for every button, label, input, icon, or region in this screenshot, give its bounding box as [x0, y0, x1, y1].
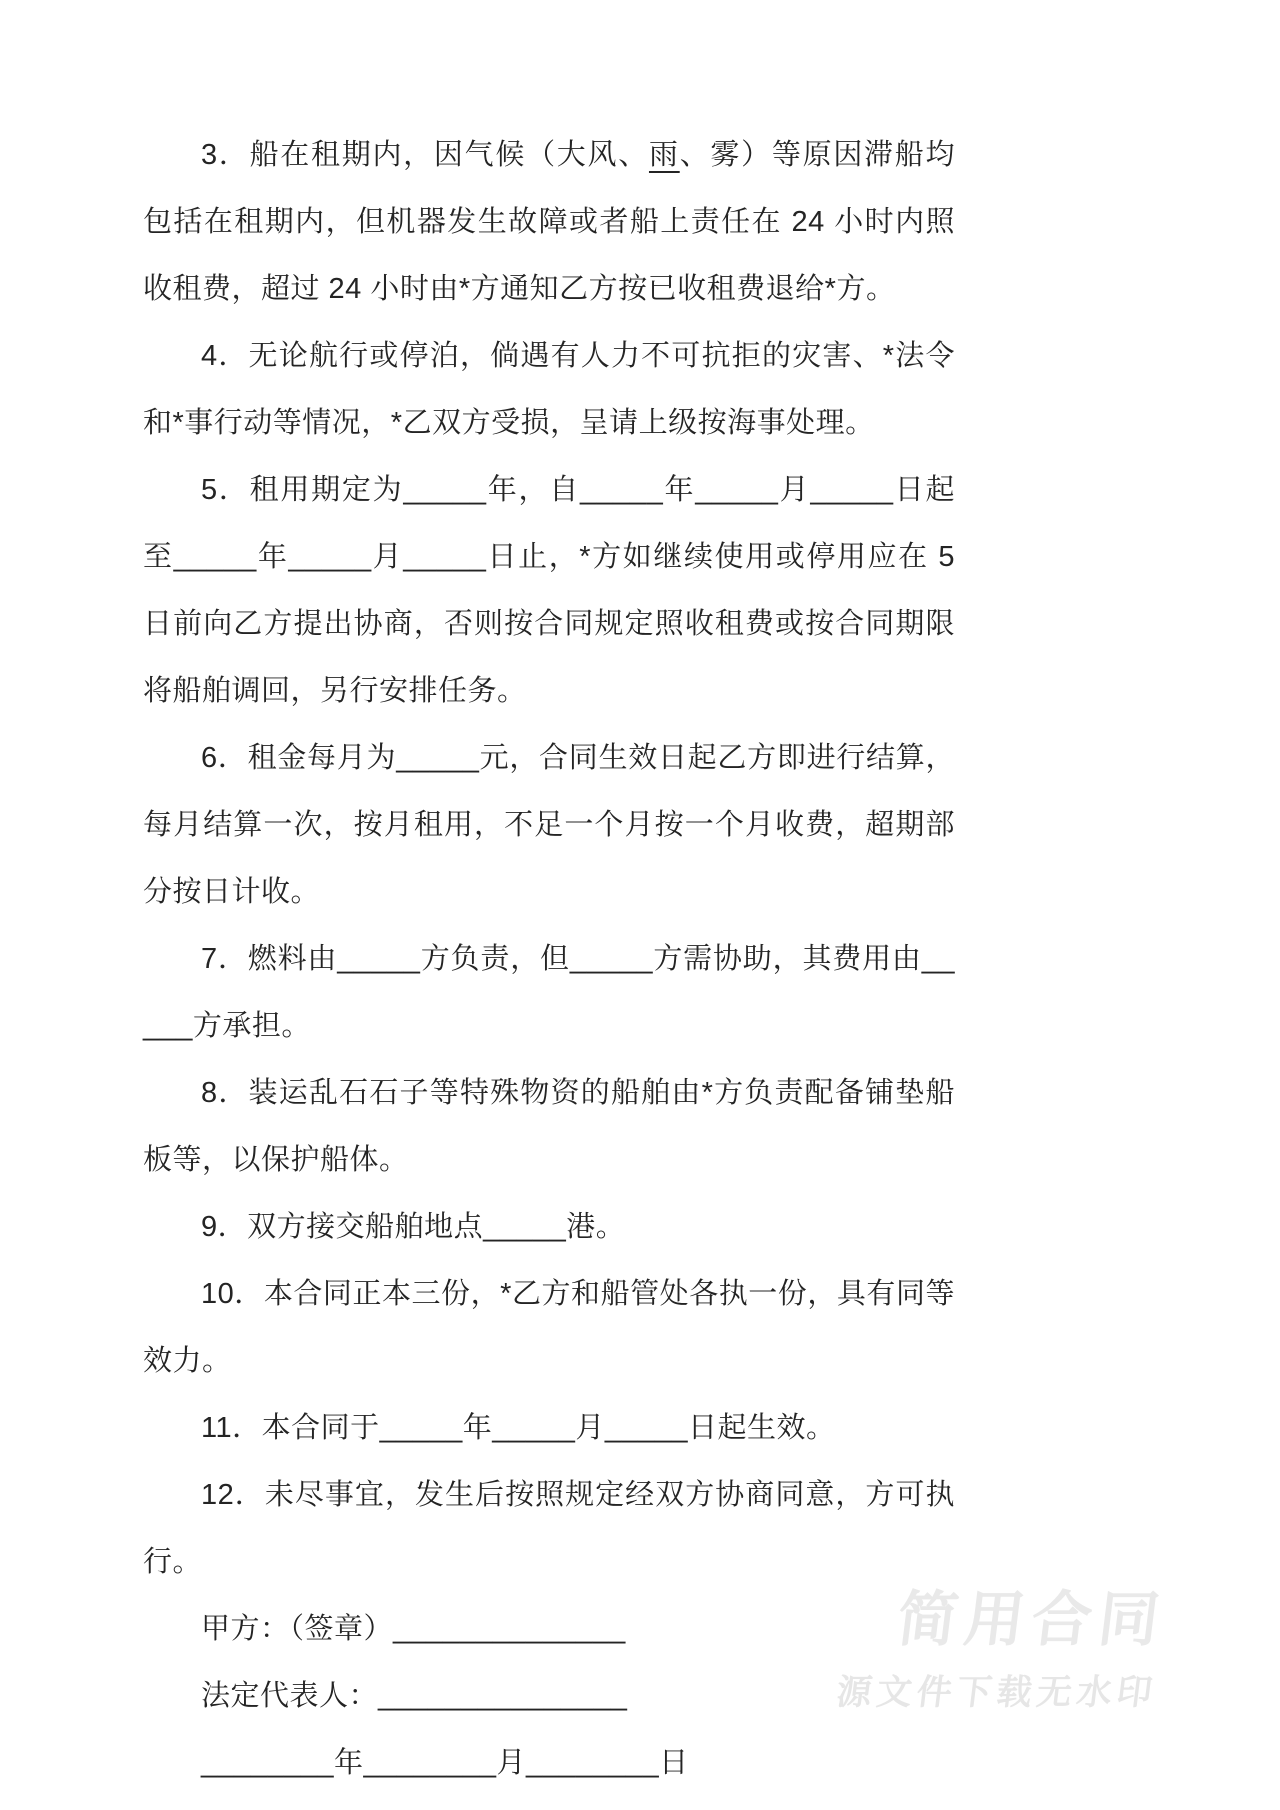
text-run: 法定代表人：_______________ [201, 1680, 627, 1712]
text-run: 11．本合同于_____年_____月_____日起生效。 [201, 1412, 836, 1444]
underlined-text: 雨 [649, 139, 680, 171]
watermark: 简用合同 源文件下载无水印 [834, 1588, 1169, 1712]
text-run: 甲方：（签章）______________ [201, 1613, 626, 1645]
clause-8: 8．装运乱石石子等特殊物资的船舶由*方负责配备铺垫船板等，以保护船体。 [143, 1060, 955, 1194]
clause-7: 7．燃料由_____方负责，但_____方需协助，其费用由_____方承担。 [143, 926, 955, 1060]
text-run: 12．未尽事宜，发生后按照规定经双方协商同意，方可执行。 [143, 1479, 955, 1578]
contract-body: 3．船在租期内，因气候（大风、雨、雾）等原因滞船均包括在租期内，但机器发生故障或… [143, 122, 955, 1797]
clause-11: 11．本合同于_____年_____月_____日起生效。 [143, 1395, 955, 1462]
clause-3: 3．船在租期内，因气候（大风、雨、雾）等原因滞船均包括在租期内，但机器发生故障或… [143, 122, 955, 323]
clause-10: 10．本合同正本三份，*乙方和船管处各执一份，具有同等效力。 [143, 1261, 955, 1395]
text-run: 3．船在租期内，因气候（大风、 [201, 139, 649, 171]
text-run: 6．租金每月为_____元，合同生效日起乙方即进行结算，每月结算一次，按月租用，… [143, 742, 955, 908]
clause-12: 12．未尽事宜，发生后按照规定经双方协商同意，方可执行。 [143, 1462, 955, 1596]
legal-representative-line: 法定代表人：_______________ [143, 1663, 955, 1730]
document-page: 3．船在租期内，因气候（大风、雨、雾）等原因滞船均包括在租期内，但机器发生故障或… [0, 0, 1280, 1810]
text-run: 8．装运乱石石子等特殊物资的船舶由*方负责配备铺垫船板等，以保护船体。 [143, 1077, 955, 1176]
watermark-brand-text: 简用合同 [842, 1588, 1170, 1652]
text-run: 10．本合同正本三份，*乙方和船管处各执一份，具有同等效力。 [143, 1278, 955, 1377]
party-a-signature-line: 甲方：（签章）______________ [143, 1596, 955, 1663]
text-run: ________年________月________日 [201, 1747, 689, 1779]
text-run: 9．双方接交船舶地点_____港。 [201, 1211, 625, 1243]
clause-6: 6．租金每月为_____元，合同生效日起乙方即进行结算，每月结算一次，按月租用，… [143, 725, 955, 926]
clause-9: 9．双方接交船舶地点_____港。 [143, 1194, 955, 1261]
date-line: ________年________月________日 [143, 1730, 955, 1797]
text-run: 5．租用期定为_____年，自_____年_____月_____日起至_____… [143, 474, 955, 707]
text-run: 4．无论航行或停泊，倘遇有人力不可抗拒的灾害、*法令和*事行动等情况，*乙双方受… [143, 340, 955, 439]
text-run: 7．燃料由_____方负责，但_____方需协助，其费用由_____方承担。 [143, 943, 955, 1042]
clause-4: 4．无论航行或停泊，倘遇有人力不可抗拒的灾害、*法令和*事行动等情况，*乙双方受… [143, 323, 955, 457]
watermark-tagline-text: 源文件下载无水印 [834, 1674, 1159, 1712]
clause-5: 5．租用期定为_____年，自_____年_____月_____日起至_____… [143, 457, 955, 725]
